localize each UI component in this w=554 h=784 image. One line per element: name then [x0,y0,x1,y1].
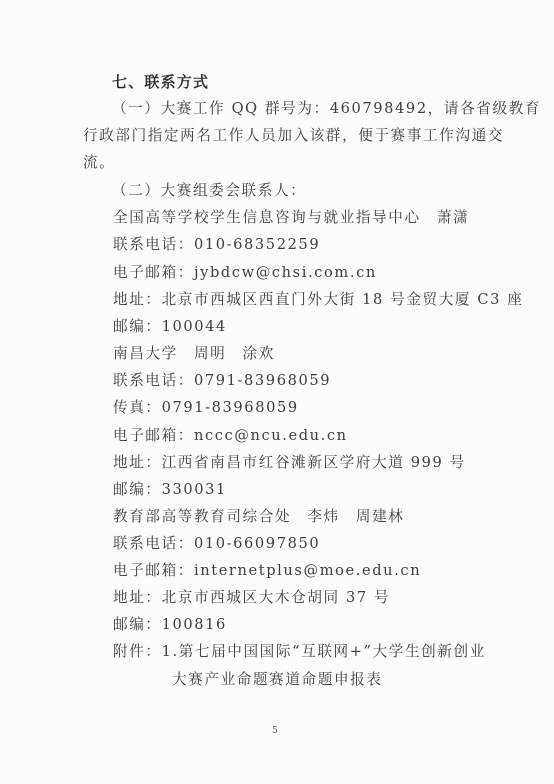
attachment-line2: 大赛产业命题赛道命题申报表 [172,670,383,690]
contact3-phone: 联系电话：010-66097850 [113,534,320,554]
page-number: 5 [272,726,278,736]
document-page: 七、联系方式 （一）大赛工作 QQ 群号为：460798492，请各省级教育 行… [0,0,554,784]
contact2-org: 南昌大学 周明 涂欢 [113,344,275,364]
paragraph1-line2: 行政部门指定两名工作人员加入该群，便于赛事工作沟通交 [83,126,504,146]
contact2-email: 电子邮箱：nccc@ncu.edu.cn [113,426,348,446]
contact1-email: 电子邮箱：jybdcw@chsi.com.cn [113,263,377,283]
contact1-postcode: 邮编：100044 [113,317,227,337]
contact1-org: 全国高等学校学生信息咨询与就业指导中心 萧潇 [113,208,469,228]
contact3-org: 教育部高等教育司综合处 李炜 周建林 [113,507,405,527]
contact3-address: 地址：北京市西城区大木仓胡同 37 号 [113,588,390,608]
attachment-line1: 附件：1.第七届中国国际“互联网+”大学生创新创业 [113,642,486,662]
contact3-postcode: 邮编：100816 [113,615,227,635]
paragraph2-heading: （二）大赛组委会联系人： [112,181,306,201]
contact2-phone: 联系电话：0791-83968059 [113,371,331,391]
paragraph1-line3: 流。 [83,153,115,173]
contact2-address: 地址：江西省南昌市红谷滩新区学府大道 999 号 [113,453,466,473]
contact3-email: 电子邮箱：internetplus@moe.edu.cn [113,561,421,581]
section-heading: 七、联系方式 [112,72,209,92]
contact1-address: 地址：北京市西城区西直门外大街 18 号金贸大厦 C3 座 [113,290,523,310]
paragraph1-line1: （一）大赛工作 QQ 群号为：460798492，请各省级教育 [112,99,541,119]
contact2-postcode: 邮编：330031 [113,480,227,500]
contact2-fax: 传真：0791-83968059 [113,398,299,418]
contact1-phone: 联系电话：010-68352259 [113,235,320,255]
